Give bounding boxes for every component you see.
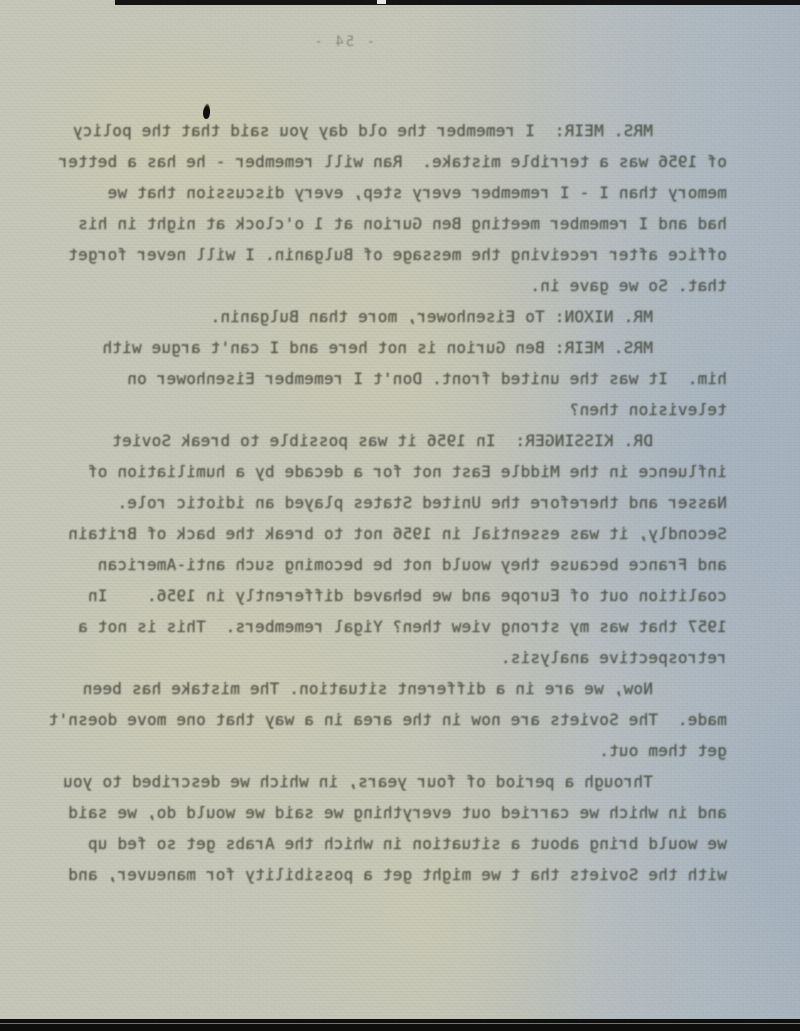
text-line: MRS. MEIR: I remember the old day you sa…: [50, 121, 727, 152]
text-line: of 1956 was a terrible mistake. Ran will…: [50, 152, 727, 183]
text-line: had and I remember meeting Ben Gurion at…: [50, 214, 727, 245]
text-line: Secondly, it was essential in 1956 not t…: [50, 524, 727, 555]
text-line: MR. NIXON: To Eisenhower, more than Bulg…: [50, 307, 727, 338]
mirrored-text-layer: - 54 - MRS. MEIR: I remember the old day…: [50, 0, 727, 1031]
text-line: we would bring about a situation in whic…: [50, 834, 727, 865]
text-line: retrospective analysis.: [50, 648, 727, 679]
text-line: and in which we carried out everything w…: [50, 803, 727, 834]
page-number: - 54 -: [312, 34, 375, 50]
text-line: with the Soviets tha t we might get a po…: [50, 865, 727, 896]
text-line: influence in the Middle East not for a d…: [50, 462, 727, 493]
text-line: memory than I - I remember every step, e…: [50, 183, 727, 214]
text-line: Now, we are in a different situation. Th…: [50, 679, 727, 710]
text-line: Nasser and therefore the United States p…: [50, 493, 727, 524]
text-line: him. It was the united front. Don't I re…: [50, 369, 727, 400]
text-line: Through a period of four years, in which…: [50, 772, 727, 803]
text-line: made. The Soviets are now in the area in…: [50, 710, 727, 741]
text-line: television then?: [50, 400, 727, 431]
film-edge-bottom: [0, 1019, 800, 1031]
typed-text-block: MRS. MEIR: I remember the old day you sa…: [50, 121, 727, 896]
text-line: that. So we gave in.: [50, 276, 727, 307]
text-line: DR. KISSINGER: In 1956 it was possible t…: [50, 431, 727, 462]
film-edge-scratch-line: [0, 1023, 800, 1024]
text-line: and France because they would not be bec…: [50, 555, 727, 586]
text-line: coalition out of Europe and we behaved d…: [50, 586, 727, 617]
text-line: get them out.: [50, 741, 727, 772]
text-line: 1957 that was my strong view then? Yigal…: [50, 617, 727, 648]
text-line: MRS. MEIR: Ben Gurion is not here and I …: [50, 338, 727, 369]
scanned-page: - 54 - MRS. MEIR: I remember the old day…: [0, 0, 800, 1031]
text-line: office after receiving the message of Bu…: [50, 245, 727, 276]
